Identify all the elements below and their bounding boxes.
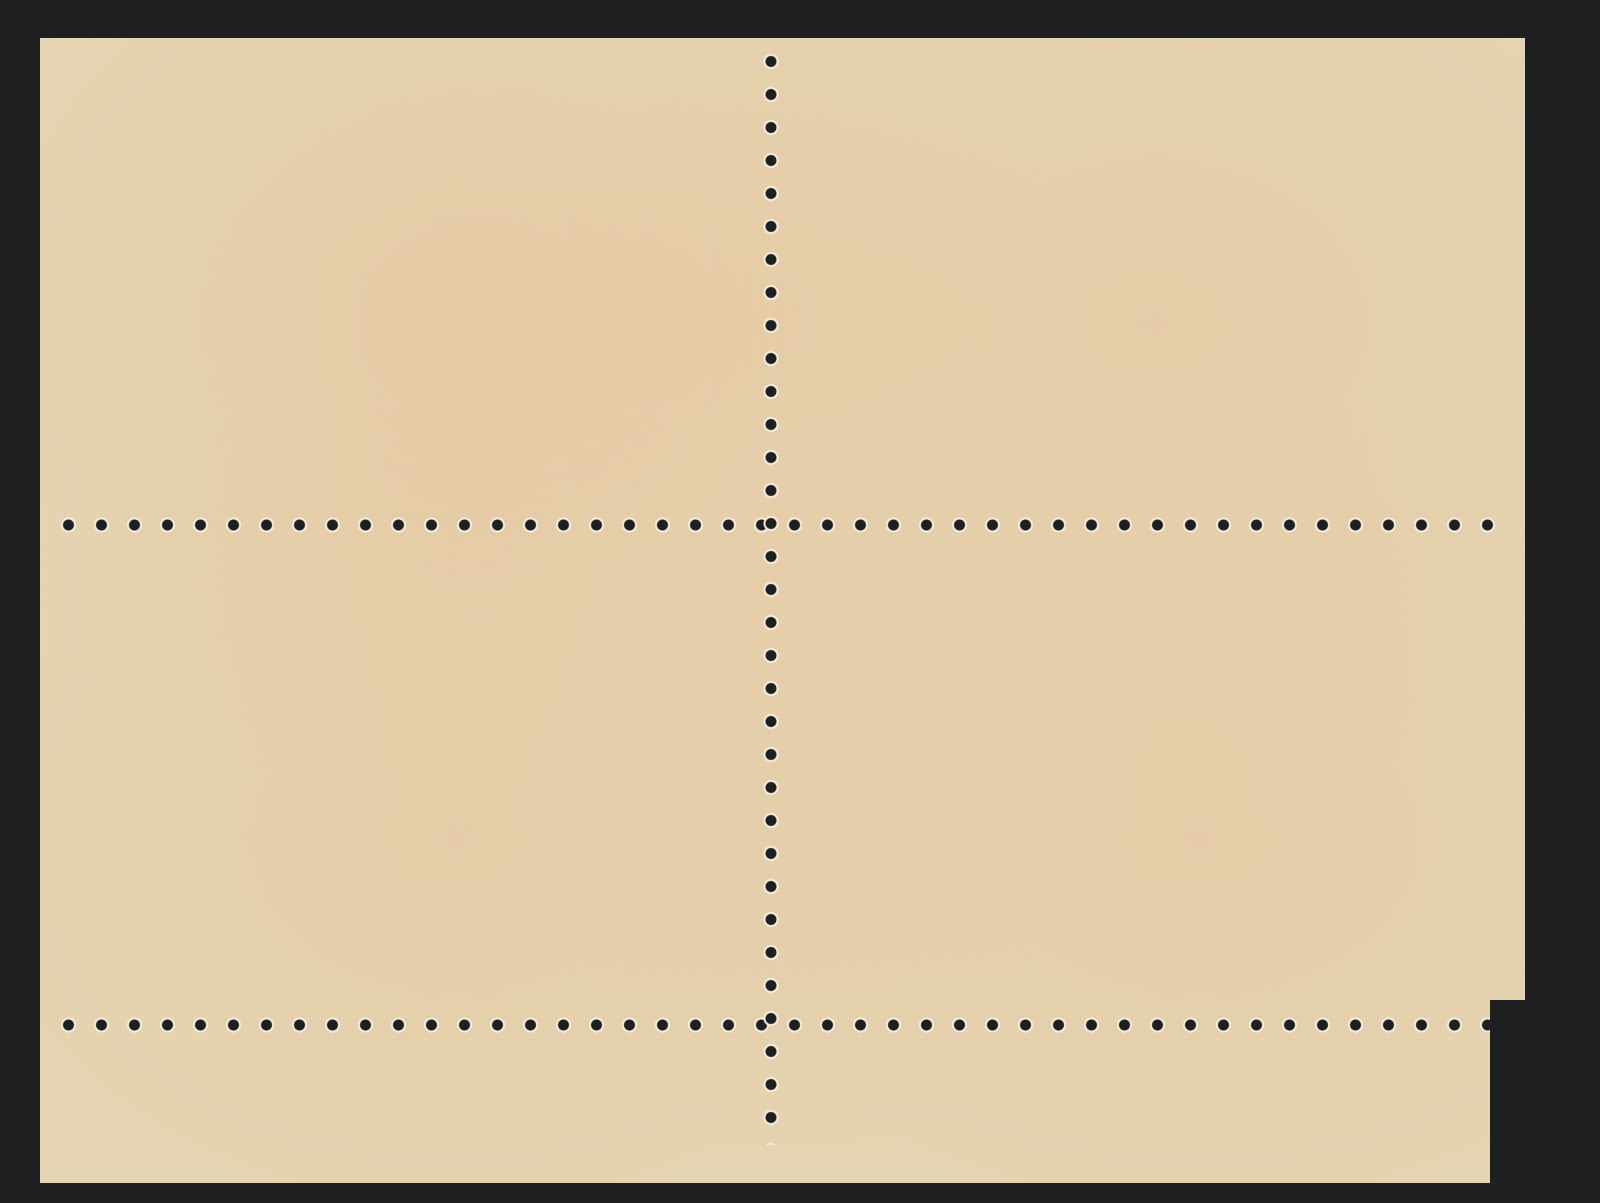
bottom-horizontal-perforation [52, 1016, 1512, 1034]
vertical-perforation [762, 45, 780, 1145]
top-perforation-edge [40, 30, 1525, 46]
right-perforation-edge [1517, 38, 1533, 998]
stamp-block [40, 38, 1525, 1183]
left-perforation-edge [32, 38, 48, 998]
selvage-cut-corner [1490, 1000, 1530, 1190]
middle-horizontal-perforation [52, 516, 1512, 534]
